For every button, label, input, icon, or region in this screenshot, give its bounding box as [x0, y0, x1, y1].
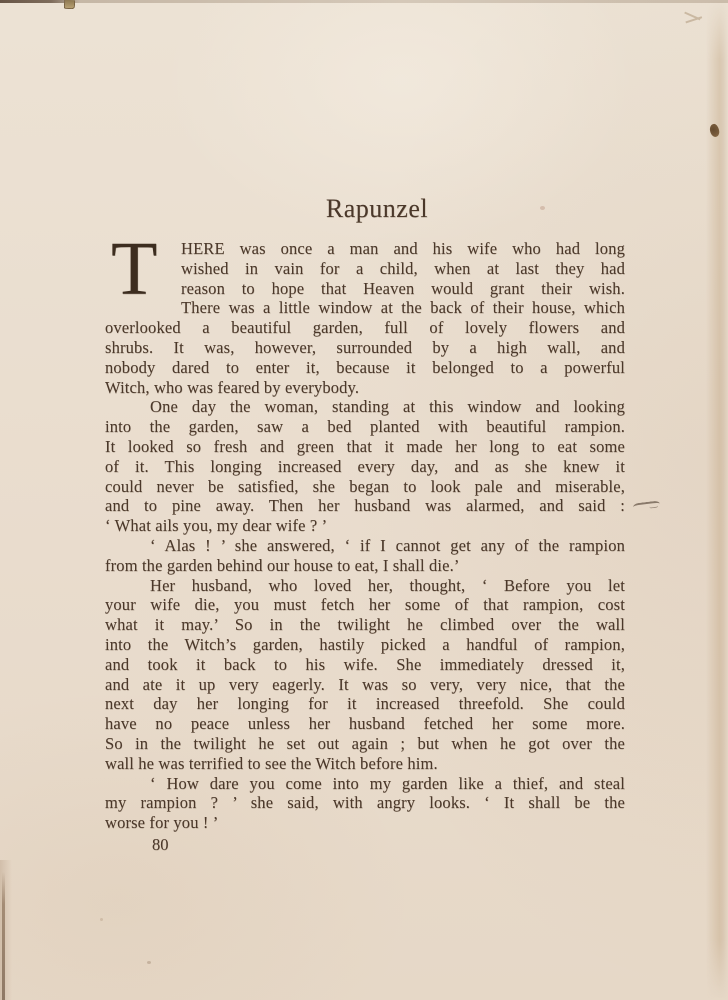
page-title: Rapunzel — [105, 194, 625, 224]
pencil-mark — [633, 500, 661, 510]
text-line: HERE was once a man and his wife who had… — [105, 239, 625, 259]
text-line: ‘ Alas ! ’ she answered, ‘ if I cannot g… — [105, 536, 625, 556]
gutter-line — [2, 872, 5, 1000]
paper-tab-mark — [64, 0, 75, 9]
text-line: my rampion ? ’ she said, with angry look… — [105, 793, 625, 813]
text-line: what it may.’ So in the twilight he clim… — [105, 615, 625, 635]
paper-speck — [100, 918, 103, 921]
paragraph: Her husband, who loved her, thought, ‘ B… — [105, 576, 625, 774]
text-line: ‘ How dare you come into my garden like … — [105, 774, 625, 794]
text-line: It looked so fresh and green that it mad… — [105, 437, 625, 457]
text-line: reason to hope that Heaven would grant t… — [105, 279, 625, 299]
text-line: and ate it up very eagerly. It was so ve… — [105, 675, 625, 695]
text-line: from the garden behind our house to eat,… — [105, 556, 625, 576]
scuff-mark — [682, 8, 702, 24]
paper-speck — [147, 961, 151, 964]
book-page: Rapunzel THERE was once a man and his wi… — [0, 0, 728, 1000]
paragraph: ‘ Alas ! ’ she answered, ‘ if I cannot g… — [105, 536, 625, 576]
text-line: your wife die, you must fetch her some o… — [105, 595, 625, 615]
text-line: ‘ What ails you, my dear wife ? ’ — [105, 516, 625, 536]
text-line: next day her longing for it increased th… — [105, 694, 625, 714]
page-number: 80 — [152, 835, 169, 855]
text-line: There was a little window at the back of… — [105, 298, 625, 318]
text-line: nobody dared to enter it, because it bel… — [105, 358, 625, 378]
drop-cap: T — [111, 240, 173, 299]
text-line: overlooked a beautiful garden, full of l… — [105, 318, 625, 338]
text-line: of it. This longing increased every day,… — [105, 457, 625, 477]
page-top-edge-shadow — [0, 0, 728, 3]
text-line: So in the twilight he set out again ; bu… — [105, 734, 625, 754]
page-edge-shade — [706, 0, 728, 1000]
paragraph: ‘ How dare you come into my garden like … — [105, 774, 625, 833]
text-line: Witch, who was feared by everybody. — [105, 378, 625, 398]
text-line: into the garden, saw a bed planted with … — [105, 417, 625, 437]
paragraph: One day the woman, standing at this wind… — [105, 397, 625, 536]
text-line: into the Witch’s garden, hastily picked … — [105, 635, 625, 655]
paragraph: THERE was once a man and his wife who ha… — [105, 239, 625, 397]
text-line: shrubs. It was, however, surrounded by a… — [105, 338, 625, 358]
text-line: could never be satisfied, she began to l… — [105, 477, 625, 497]
story-text: THERE was once a man and his wife who ha… — [105, 239, 625, 833]
text-line: wall he was terrified to see the Witch b… — [105, 754, 625, 774]
text-line: and to pine away. Then her husband was a… — [105, 496, 625, 516]
text-line: and took it back to his wife. She immedi… — [105, 655, 625, 675]
text-line: wished in vain for a child, when at last… — [105, 259, 625, 279]
text-line: Her husband, who loved her, thought, ‘ B… — [105, 576, 625, 596]
text-line: One day the woman, standing at this wind… — [105, 397, 625, 417]
text-line: worse for you ! ’ — [105, 813, 625, 833]
text-line: have no peace unless her husband fetched… — [105, 714, 625, 734]
